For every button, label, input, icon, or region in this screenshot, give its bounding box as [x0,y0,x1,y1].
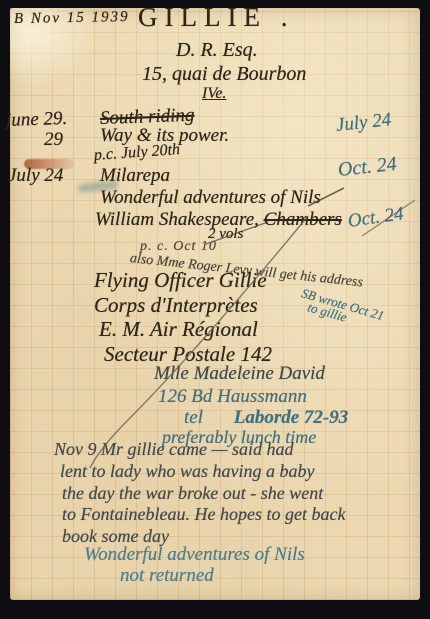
contact-tel-number: Laborde 72-93 [234,407,349,428]
member-name: GILLIE . [138,4,294,31]
military-address-line3: E. M. Air Régional [99,319,258,340]
overdue-note-line1: Wonderful adventures of Nils [84,545,305,564]
contact-name: Mlle Madeleine David [154,364,325,383]
membership-date: B Nov 15 1939 [14,10,130,27]
borrow-date-july: July 24 [8,166,63,185]
military-address-line4: Secteur Postale 142 [104,344,272,365]
contact-tel-label: tel [184,407,203,428]
borrow-date-june: june 29. [6,109,68,130]
visit-note-line1: Nov 9 Mr gillie came — said had [54,440,293,458]
note-pc-oct: p. c. Oct 10 [140,240,217,254]
contact-telephone: tel Laborde 72-93 [184,408,348,427]
member-district: IVe. [202,86,226,102]
scanned-library-card: B Nov 15 1939 GILLIE . D. R. Esq. 15, qu… [0,0,430,619]
military-address-line2: Corps d'Interprètes [94,295,258,316]
member-honorific: D. R. Esq. [176,40,258,60]
borrow-number: 29 [44,130,63,149]
visit-note-line4: to Fontainebleau. He hopes to get back [62,505,345,523]
contact-address: 126 Bd Haussmann [158,387,307,406]
member-address: 15, quai de Bourbon [142,64,306,84]
visit-note-line5: book some day [62,527,169,545]
military-address-line1: Flying Officer Gillie [94,270,267,291]
visit-note-line2: lent to lady who was having a baby [60,462,314,480]
overdue-note-line2: not returned [120,566,214,585]
title-milarepa: Milarepa [100,166,170,185]
title-wonderful-adventures: Wonderful adventures of Nils [100,188,321,207]
visit-note-line3: the day the war broke out - she went [62,484,323,502]
title-shakespeare-author: Chambers [264,209,342,230]
